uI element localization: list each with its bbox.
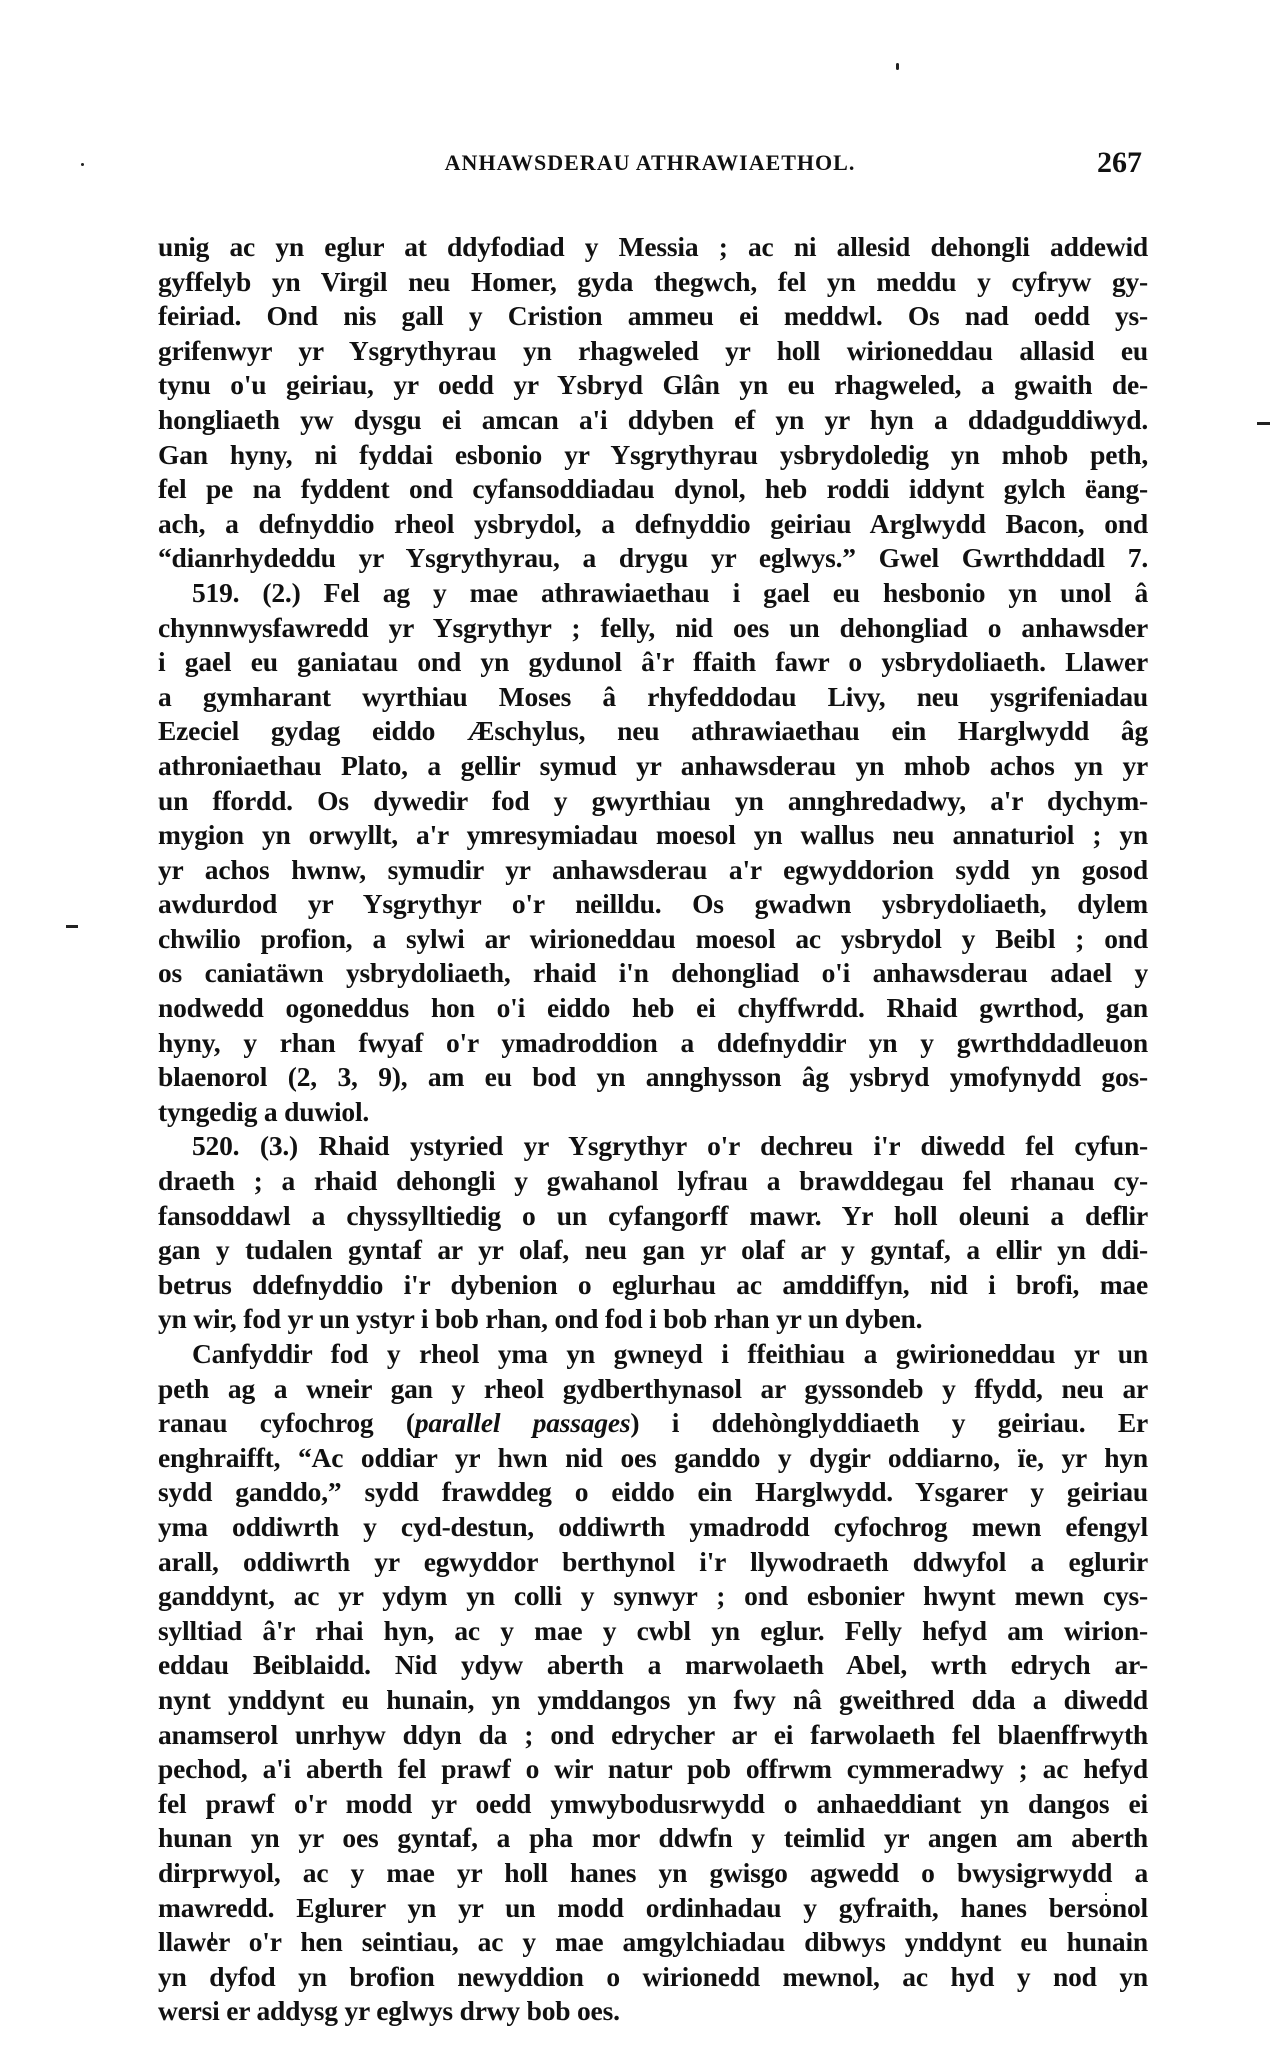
text-line: hongliaeth yw dysgu ei amcan a'i ddyben … (158, 403, 1148, 438)
text-line: tyngedig a duwiol. (158, 1095, 1148, 1130)
text-line: fel pe na fyddent ond cyfansoddiadau dyn… (158, 472, 1148, 507)
text-line: “dianrhydeddu yr Ysgrythyrau, a drygu yr… (158, 541, 1148, 576)
text-line: Ezeciel gydag eiddo Æschylus, neu athraw… (158, 714, 1148, 749)
text-line: llawer o'r hen seintiau, ac y mae amgylc… (158, 1925, 1148, 1960)
text-line: blaenorol (2, 3, 9), am eu bod yn annghy… (158, 1060, 1148, 1095)
text-line: athroniaethau Plato, a gellir symud yr a… (158, 749, 1148, 784)
text-line: grifenwyr yr Ysgrythyrau yn rhagweled yr… (158, 334, 1148, 369)
scan-speck (896, 63, 899, 70)
text-line: peth ag a wneir gan y rheol gydberthynas… (158, 1372, 1148, 1407)
text-line: ach, a defnyddio rheol ysbrydol, a defny… (158, 507, 1148, 542)
text-line: yn dyfod yn brofion newyddion o wirioned… (158, 1960, 1148, 1995)
text-line: fansoddawl a chyssylltiedig o un cyfango… (158, 1199, 1148, 1234)
text-line: eddau Beiblaidd. Nid ydyw aberth a marwo… (158, 1648, 1148, 1683)
text-line: chwilio profion, a sylwi ar wirioneddau … (158, 922, 1148, 957)
text-line: ranau cyfochrog (parallel passages) i dd… (158, 1406, 1148, 1441)
text-line: mawredd. Eglurer yn yr un modd ordinhada… (158, 1891, 1148, 1926)
text-line: feiriad. Ond nis gall y Cristion ammeu e… (158, 299, 1148, 334)
margin-dash (66, 925, 78, 928)
margin-dash (1257, 422, 1270, 425)
text-line: ganddynt, ac yr ydym yn colli y synwyr ;… (158, 1579, 1148, 1614)
text-line: chynnwysfawredd yr Ysgrythyr ; felly, ni… (158, 611, 1148, 646)
running-head: ANHAWSDERAU ATHRAWIAETHOL. (158, 150, 1142, 176)
text-line: yn wir, fod yr un ystyr i bob rhan, ond … (158, 1302, 1148, 1337)
text-line: wersi er addysg yr eglwys drwy bob oes. (158, 1994, 1148, 2029)
text-line: tynu o'u geiriau, yr oedd yr Ysbryd Glân… (158, 368, 1148, 403)
text-line: sydd ganddo,” sydd frawddeg o eiddo ein … (158, 1475, 1148, 1510)
text-line: os caniatäwn ysbrydoliaeth, rhaid i'n de… (158, 956, 1148, 991)
text-line: draeth ; a rhaid dehongli y gwahanol lyf… (158, 1164, 1148, 1199)
scanned-book-page: ANHAWSDERAU ATHRAWIAETHOL. 267 unig ac y… (0, 0, 1273, 2048)
body-text: unig ac yn eglur at ddyfodiad y Messia ;… (158, 230, 1148, 2029)
text-line: anamserol unrhyw ddyn da ; ond edrycher … (158, 1718, 1148, 1753)
text-line: Canfyddir fod y rheol yma yn gwneyd i ff… (158, 1337, 1148, 1372)
text-line: 519. (2.) Fel ag y mae athrawiaethau i g… (158, 576, 1148, 611)
text-line: betrus ddefnyddio i'r dybenion o eglurha… (158, 1268, 1148, 1303)
text-line: awdurdod yr Ysgrythyr o'r neilldu. Os gw… (158, 887, 1148, 922)
text-line: hyny, y rhan fwyaf o'r ymadroddion a dde… (158, 1026, 1148, 1061)
text-line: dirprwyol, ac y mae yr holl hanes yn gwi… (158, 1856, 1148, 1891)
text-line: yr achos hwnw, symudir yr anhawsderau a'… (158, 853, 1148, 888)
text-segment: ranau cyfochrog ( (158, 1407, 415, 1438)
text-line: Gan hyny, ni fyddai esbonio yr Ysgrythyr… (158, 438, 1148, 473)
text-line: a gymharant wyrthiau Moses â rhyfeddodau… (158, 680, 1148, 715)
text-segment: ) i ddehònglyddiaeth y geiriau. Er (630, 1407, 1148, 1438)
text-line: yma oddiwrth y cyd-destun, oddiwrth ymad… (158, 1510, 1148, 1545)
scan-speck (1105, 1893, 1107, 1895)
text-line: sylltiad â'r rhai hyn, ac y mae y cwbl y… (158, 1614, 1148, 1649)
page-header: ANHAWSDERAU ATHRAWIAETHOL. 267 (158, 150, 1142, 186)
italic-phrase: parallel passages (415, 1407, 631, 1438)
text-line: nodwedd ogoneddus hon o'i eiddo heb ei c… (158, 991, 1148, 1026)
text-line: un ffordd. Os dywedir fod y gwyrthiau yn… (158, 784, 1148, 819)
text-line: enghraifft, “Ac oddiar yr hwn nid oes ga… (158, 1441, 1148, 1476)
text-line: unig ac yn eglur at ddyfodiad y Messia ;… (158, 230, 1148, 265)
text-line: arall, oddiwrth yr egwyddor berthynol i'… (158, 1545, 1148, 1580)
page-number: 267 (1097, 146, 1142, 180)
text-line: 520. (3.) Rhaid ystyried yr Ysgrythyr o'… (158, 1129, 1148, 1164)
text-line: hunan yn yr oes gyntaf, a pha mor ddwfn … (158, 1821, 1148, 1856)
text-line: nynt ynddynt eu hunain, yn ymddangos yn … (158, 1683, 1148, 1718)
text-line: fel prawf o'r modd yr oedd ymwybodusrwyd… (158, 1787, 1148, 1822)
scan-speck (1105, 1899, 1107, 1901)
scan-speck (211, 1932, 213, 1941)
scan-speck (81, 163, 84, 166)
text-line: i gael eu ganiatau ond yn gydunol â'r ff… (158, 645, 1148, 680)
text-line: mygion yn orwyllt, a'r ymresymiadau moes… (158, 818, 1148, 853)
text-line: gyffelyb yn Virgil neu Homer, gyda thegw… (158, 265, 1148, 300)
text-line: pechod, a'i aberth fel prawf o wir natur… (158, 1752, 1148, 1787)
text-line: gan y tudalen gyntaf ar yr olaf, neu gan… (158, 1233, 1148, 1268)
